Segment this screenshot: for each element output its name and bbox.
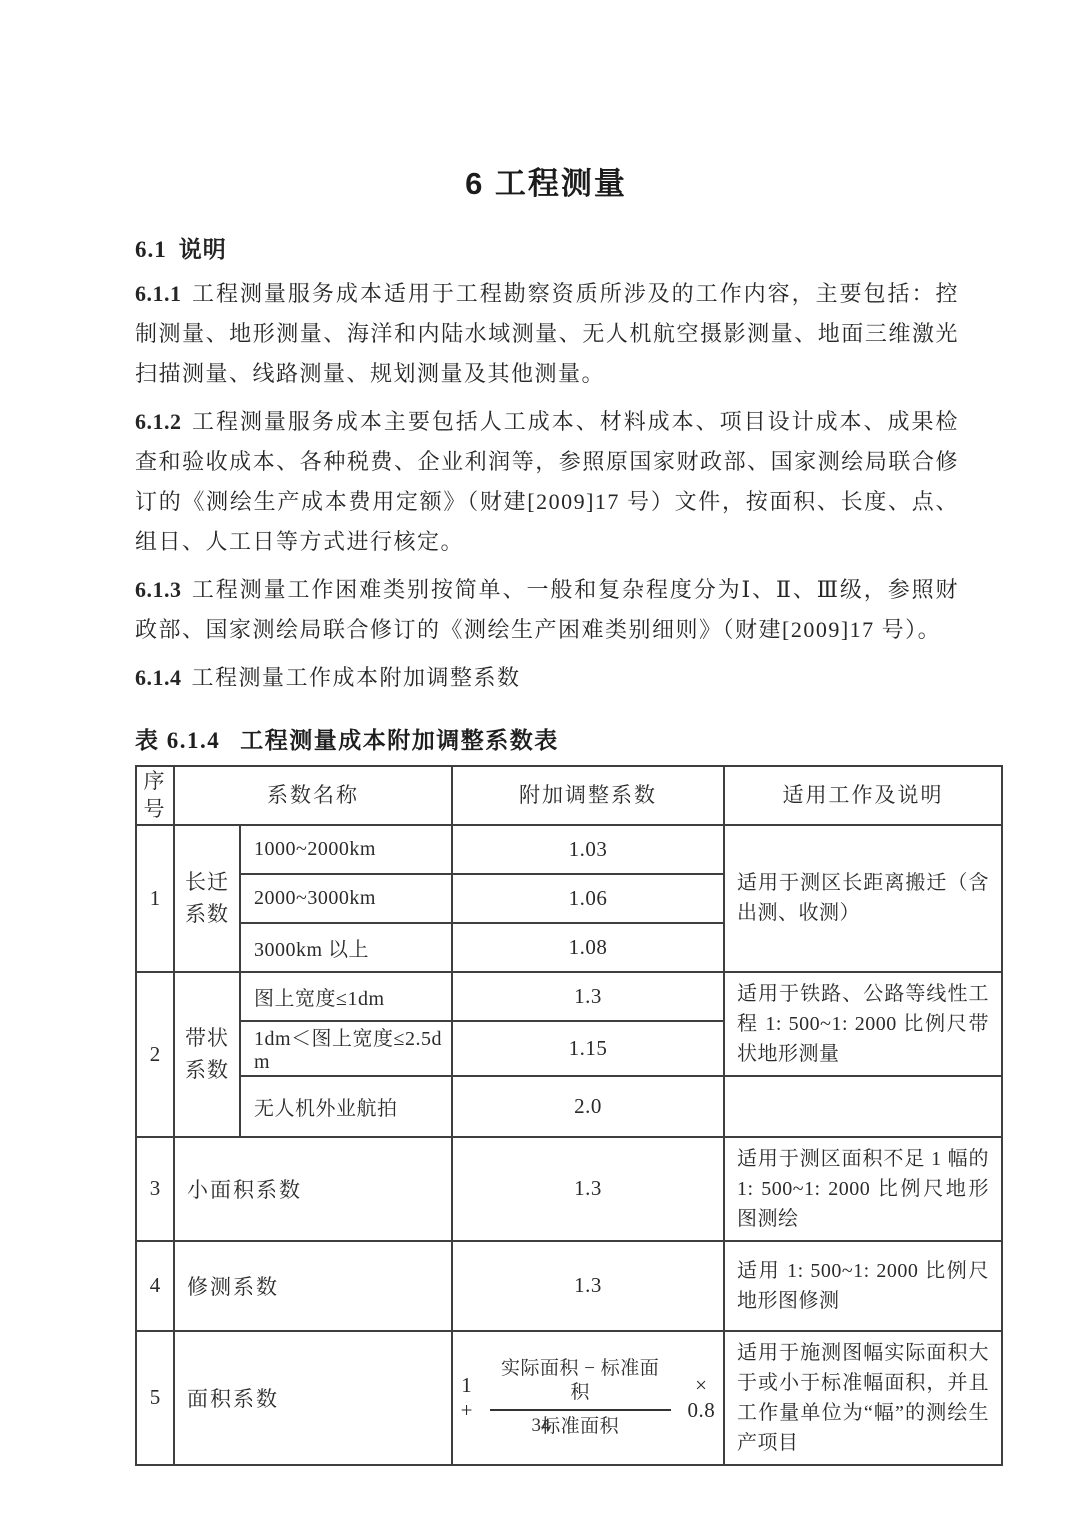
table-caption-label: 表 6.1.4 [135,728,220,753]
paragraph-text: 工程测量工作困难类别按简单、一般和复杂程度分为Ⅰ、Ⅱ、Ⅲ级，参照财政部、国家测绘… [135,577,959,642]
row2-group-label: 带状系数 [174,972,240,1137]
paragraph-6-1-3: 6.1.3工程测量工作困难类别按简单、一般和复杂程度分为Ⅰ、Ⅱ、Ⅲ级，参照财政部… [135,570,959,650]
table-row: 1 长迁系数 1000~2000km 1.03 适用于测区长距离搬迁（含出测、收… [136,825,1002,874]
header-coefficient-name: 系数名称 [174,766,452,825]
row4-name: 修测系数 [174,1241,452,1331]
row3-coeff: 1.3 [452,1137,724,1241]
row2-item3-coeff: 2.0 [452,1076,724,1137]
row3-note: 适用于测区面积不足 1 幅的 1: 500~1: 2000 比例尺地形图测绘 [724,1137,1002,1241]
paragraph-6-1-1: 6.1.1工程测量服务成本适用于工程勘察资质所涉及的工作内容，主要包括：控制测量… [135,274,959,394]
row2-item1-name: 图上宽度≤1dm [240,972,452,1021]
paragraph-6-1-4: 6.1.4工程测量工作成本附加调整系数 [135,658,959,698]
adjustment-coefficient-table: 序号 系数名称 附加调整系数 适用工作及说明 1 长迁系数 1000~2000k… [135,765,1003,1466]
row2-item2-name: 1dm＜图上宽度≤2.5dm [240,1021,452,1076]
row1-item2-name: 2000~3000km [240,874,452,923]
header-serial: 序号 [136,766,174,825]
paragraph-number: 6.1.2 [135,409,182,434]
row3-serial: 3 [136,1137,174,1241]
row4-coeff: 1.3 [452,1241,724,1331]
table-row: 2 带状系数 图上宽度≤1dm 1.3 适用于铁路、公路等线性工程 1: 500… [136,972,1002,1021]
paragraph-text: 工程测量工作成本附加调整系数 [192,665,521,690]
row3-name: 小面积系数 [174,1137,452,1241]
row1-group-label: 长迁系数 [174,825,240,972]
paragraph-number: 6.1.3 [135,577,182,602]
paragraph-number: 6.1.1 [135,281,182,306]
document-page: 6 工程测量 6.1说明 6.1.1工程测量服务成本适用于工程勘察资质所涉及的工… [0,0,1080,1527]
page-number: 34 [135,1415,947,1437]
table-caption: 表 6.1.4工程测量成本附加调整系数表 [135,722,1080,755]
row1-item3-name: 3000km 以上 [240,923,452,972]
table-row: 3 小面积系数 1.3 适用于测区面积不足 1 幅的 1: 500~1: 200… [136,1137,1002,1241]
row1-serial: 1 [136,825,174,972]
table-row: 4 修测系数 1.3 适用 1: 500~1: 2000 比例尺地形图修测 [136,1241,1002,1331]
row2-note: 适用于铁路、公路等线性工程 1: 500~1: 2000 比例尺带状地形测量 [724,972,1002,1076]
row5-note: 适用于施测图幅实际面积大于或小于标准幅面积，并且工作量单位为“幅”的测绘生产项目 [724,1331,1002,1465]
row1-item1-name: 1000~2000km [240,825,452,874]
formula-numerator: 实际面积 − 标准面积 [490,1357,671,1409]
paragraph-text: 工程测量服务成本主要包括人工成本、材料成本、项目设计成本、成果检查和验收成本、各… [135,409,959,554]
row5-name: 面积系数 [174,1331,452,1465]
section-heading: 6.1说明 [135,231,1080,264]
paragraph-number: 6.1.4 [135,665,182,690]
row5-serial: 5 [136,1331,174,1465]
row2-item3-name: 无人机外业航拍 [240,1076,452,1137]
row1-item1-coeff: 1.03 [452,825,724,874]
row2-note-empty [724,1076,1002,1137]
table-caption-title: 工程测量成本附加调整系数表 [240,728,559,753]
header-applicable-work: 适用工作及说明 [724,766,1002,825]
row1-item2-coeff: 1.06 [452,874,724,923]
section-number: 6.1 [135,237,167,262]
row1-item3-coeff: 1.08 [452,923,724,972]
table-row: 5 面积系数 1 + 实际面积 − 标准面积 标准面积 × 0.8 适用于施测图… [136,1331,1002,1465]
table-row: 无人机外业航拍 2.0 [136,1076,1002,1137]
row5-formula-cell: 1 + 实际面积 − 标准面积 标准面积 × 0.8 [452,1331,724,1465]
row2-item2-coeff: 1.15 [452,1021,724,1076]
row2-item1-coeff: 1.3 [452,972,724,1021]
section-title: 说明 [179,237,227,262]
table-header-row: 序号 系数名称 附加调整系数 适用工作及说明 [136,766,1002,825]
page-title: 6 工程测量 [135,158,957,203]
paragraph-text: 工程测量服务成本适用于工程勘察资质所涉及的工作内容，主要包括：控制测量、地形测量… [135,281,959,386]
row4-note: 适用 1: 500~1: 2000 比例尺地形图修测 [724,1241,1002,1331]
paragraph-6-1-2: 6.1.2工程测量服务成本主要包括人工成本、材料成本、项目设计成本、成果检查和验… [135,402,959,562]
header-adjustment-coefficient: 附加调整系数 [452,766,724,825]
row1-note: 适用于测区长距离搬迁（含出测、收测） [724,825,1002,972]
row4-serial: 4 [136,1241,174,1331]
row2-serial: 2 [136,972,174,1137]
